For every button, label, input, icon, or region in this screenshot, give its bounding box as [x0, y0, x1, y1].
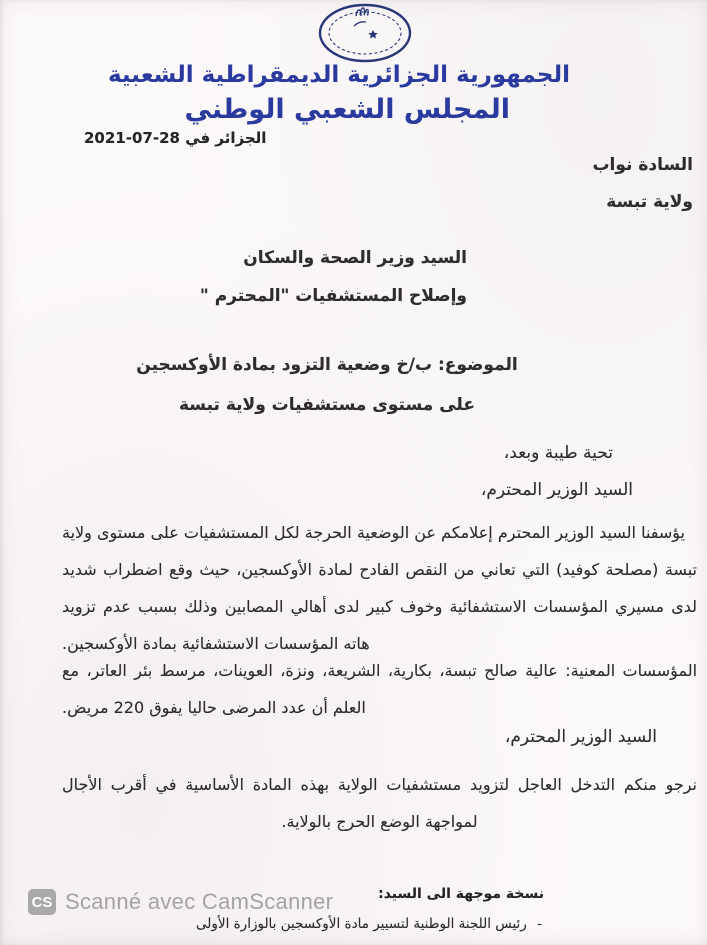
paragraph-request: نرجو منكم التدخل العاجل لتزويد مستشفيات … — [62, 766, 697, 840]
date-line: الجزائر في 2021-07-28 — [84, 129, 266, 147]
greeting: تحية طيبة وبعد، — [504, 443, 613, 463]
minister-line2: وإصلاح المستشفيات "المحترم " — [200, 277, 467, 315]
camscanner-watermark: CS Scanné avec CamScanner — [28, 889, 333, 915]
paragraph-hospitals-list: المؤسسات المعنية: عالية صالح تبسة، بكاري… — [62, 652, 697, 726]
algeria-emblem-icon — [316, 2, 414, 66]
minister-line1: السيد وزير الصحة والسكان — [200, 239, 467, 277]
hospitals-text: عالية صالح تبسة، بكارية، الشريعة، ونزة، … — [62, 661, 558, 717]
scanned-letter-page: الجمهورية الجزائرية الديمقراطية الشعبية … — [0, 0, 707, 945]
camscanner-badge-icon: CS — [28, 889, 56, 915]
dash-bullet: - — [537, 916, 542, 932]
hospitals-label: المؤسسات المعنية: — [565, 661, 697, 680]
subject-line1: الموضوع: ب/خ وضعية التزود بمادة الأوكسجي… — [127, 345, 527, 385]
assembly-title: المجلس الشعبي الوطني — [210, 94, 510, 125]
minister-address: السيد وزير الصحة والسكان وإصلاح المستشفي… — [200, 239, 467, 315]
subject-block: الموضوع: ب/خ وضعية التزود بمادة الأوكسجي… — [127, 345, 527, 425]
camscanner-text: Scanné avec CamScanner — [65, 889, 333, 915]
copy-item-text: رئيس اللجنة الوطنية لتسيير مادة الأوكسجي… — [196, 916, 527, 932]
republic-title: الجمهورية الجزائرية الديمقراطية الشعبية — [150, 62, 570, 88]
salutation-2: السيد الوزير المحترم، — [505, 727, 657, 747]
subject-line2: على مستوى مستشفيات ولاية تبسة — [127, 385, 527, 425]
copy-item: - رئيس اللجنة الوطنية لتسيير مادة الأوكس… — [196, 916, 542, 932]
paragraph-oxygen-crisis: يؤسفنا السيد الوزير المحترم إعلامكم عن ا… — [62, 514, 697, 662]
date-value: 2021-07-28 — [84, 129, 180, 147]
wilaya-line: ولاية تبسة — [606, 192, 693, 212]
deputies-line: السادة نواب — [592, 155, 693, 175]
date-place: الجزائر في — [185, 129, 266, 147]
salutation-1: السيد الوزير المحترم، — [481, 480, 633, 500]
copy-heading: نسخة موجهة الى السيد: — [378, 886, 544, 902]
